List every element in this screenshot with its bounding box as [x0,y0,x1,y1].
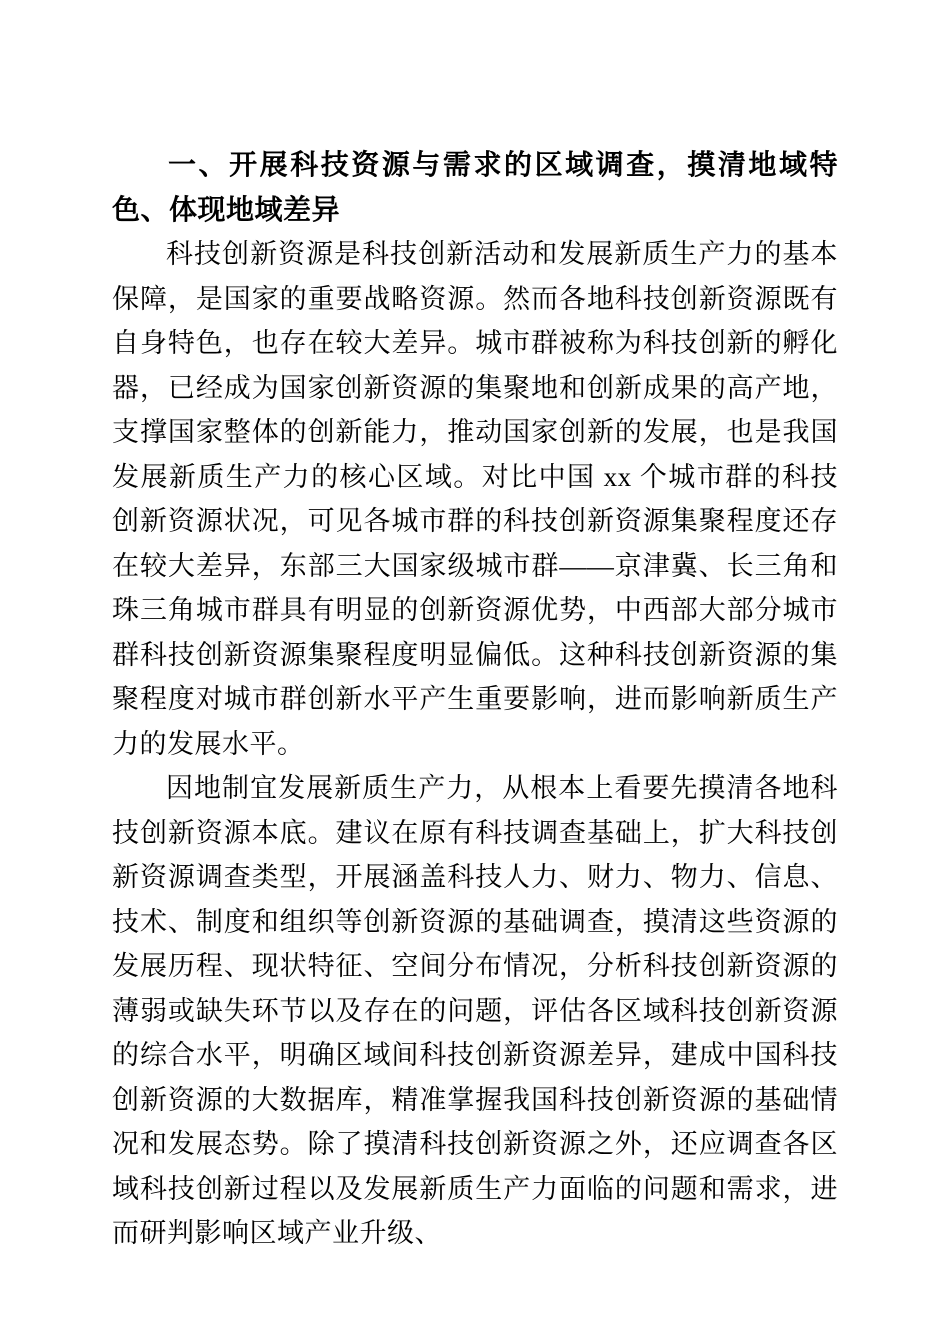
paragraph-2: 因地制宜发展新质生产力，从根本上看要先摸清各地科技创新资源本底。建议在原有科技调… [112,766,838,1256]
document-page: 一、开展科技资源与需求的区域调查，摸清地域特色、体现地域差异 科技创新资源是科技… [0,0,950,1344]
paragraph-1: 科技创新资源是科技创新活动和发展新质生产力的基本保障，是国家的重要战略资源。然而… [112,232,838,766]
section-heading: 一、开展科技资源与需求的区域调查，摸清地域特色、体现地域差异 [112,143,838,232]
